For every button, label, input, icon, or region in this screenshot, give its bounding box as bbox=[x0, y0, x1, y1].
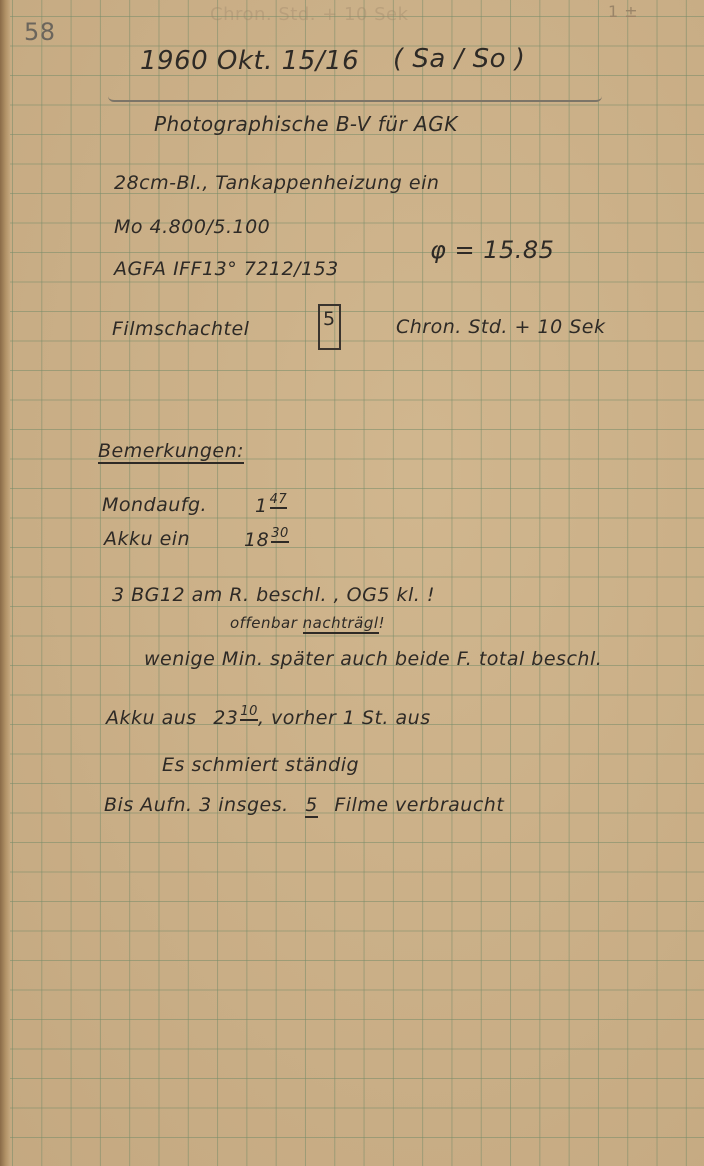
note-2: wenige Min. später auch beide F. total b… bbox=[144, 648, 602, 670]
note-1: 3 BG12 am R. beschl. , OG5 kl. ! bbox=[112, 584, 435, 606]
note-4: Bis Aufn. 3 insges. 5 Filme verbraucht bbox=[104, 794, 504, 816]
moonrise-hour: 1 bbox=[255, 495, 268, 517]
remarks-heading: Bemerkungen: bbox=[98, 440, 244, 464]
entry-date: 1960 Okt. 15/16 bbox=[140, 46, 359, 76]
akku-on-label: Akku ein bbox=[104, 528, 190, 550]
date-underline bbox=[108, 92, 602, 102]
akku-on-minutes: 30 bbox=[271, 526, 289, 543]
entry-heading: Photographische B-V für AGK bbox=[154, 112, 458, 136]
setup-line-2: Mo 4.800/5.100 bbox=[114, 216, 270, 238]
note-1-sub: offenbar nachträgl! bbox=[230, 614, 385, 632]
notebook-page: 58 1 ± Chron. Std. + 10 Sek 1960 Okt. 15… bbox=[0, 0, 704, 1166]
akku-on-hour: 18 bbox=[244, 529, 269, 551]
film-box-number: 5 bbox=[318, 304, 341, 350]
filmschachtel-label: Filmschachtel bbox=[112, 318, 249, 340]
akku-on-time: 1830 bbox=[244, 526, 289, 551]
page-number: 58 bbox=[24, 18, 56, 46]
note-3: Es schmiert ständig bbox=[162, 754, 359, 776]
moonrise-minutes: 47 bbox=[270, 492, 288, 509]
note-4-count: 5 bbox=[305, 794, 318, 818]
akku-off-line: Akku aus 2310, vorher 1 St. aus bbox=[106, 704, 431, 729]
corner-mark: 1 ± bbox=[608, 2, 638, 21]
note-1-sub-suffix: ! bbox=[379, 614, 386, 632]
note-4-suffix: Filme verbraucht bbox=[334, 794, 504, 816]
note-1-sub-underlined: nachträgl bbox=[303, 614, 379, 634]
akku-off-hour: 23 bbox=[213, 707, 238, 729]
page-binding-edge bbox=[0, 0, 10, 1166]
setup-line-1: 28cm-Bl., Tankappenheizung ein bbox=[114, 172, 439, 194]
akku-off-suffix: , vorher 1 St. aus bbox=[258, 707, 431, 729]
entry-days: ( Sa / So ) bbox=[393, 44, 525, 74]
moonrise-label: Mondaufg. bbox=[102, 494, 207, 516]
akku-off-label: Akku aus bbox=[106, 707, 197, 729]
bleed-through-text: Chron. Std. + 10 Sek bbox=[210, 4, 409, 25]
chron-line: Chron. Std. + 10 Sek bbox=[396, 316, 605, 338]
note-4-prefix: Bis Aufn. 3 insges. bbox=[104, 794, 289, 816]
setup-line-3: AGFA IFF13° 7212/153 bbox=[114, 258, 339, 280]
note-1-sub-prefix: offenbar bbox=[230, 614, 297, 632]
akku-off-minutes: 10 bbox=[240, 704, 258, 721]
moonrise-time: 147 bbox=[255, 492, 287, 517]
phi-value: φ = 15.85 bbox=[430, 236, 554, 264]
filmschachtel-box: 5 bbox=[318, 304, 341, 350]
